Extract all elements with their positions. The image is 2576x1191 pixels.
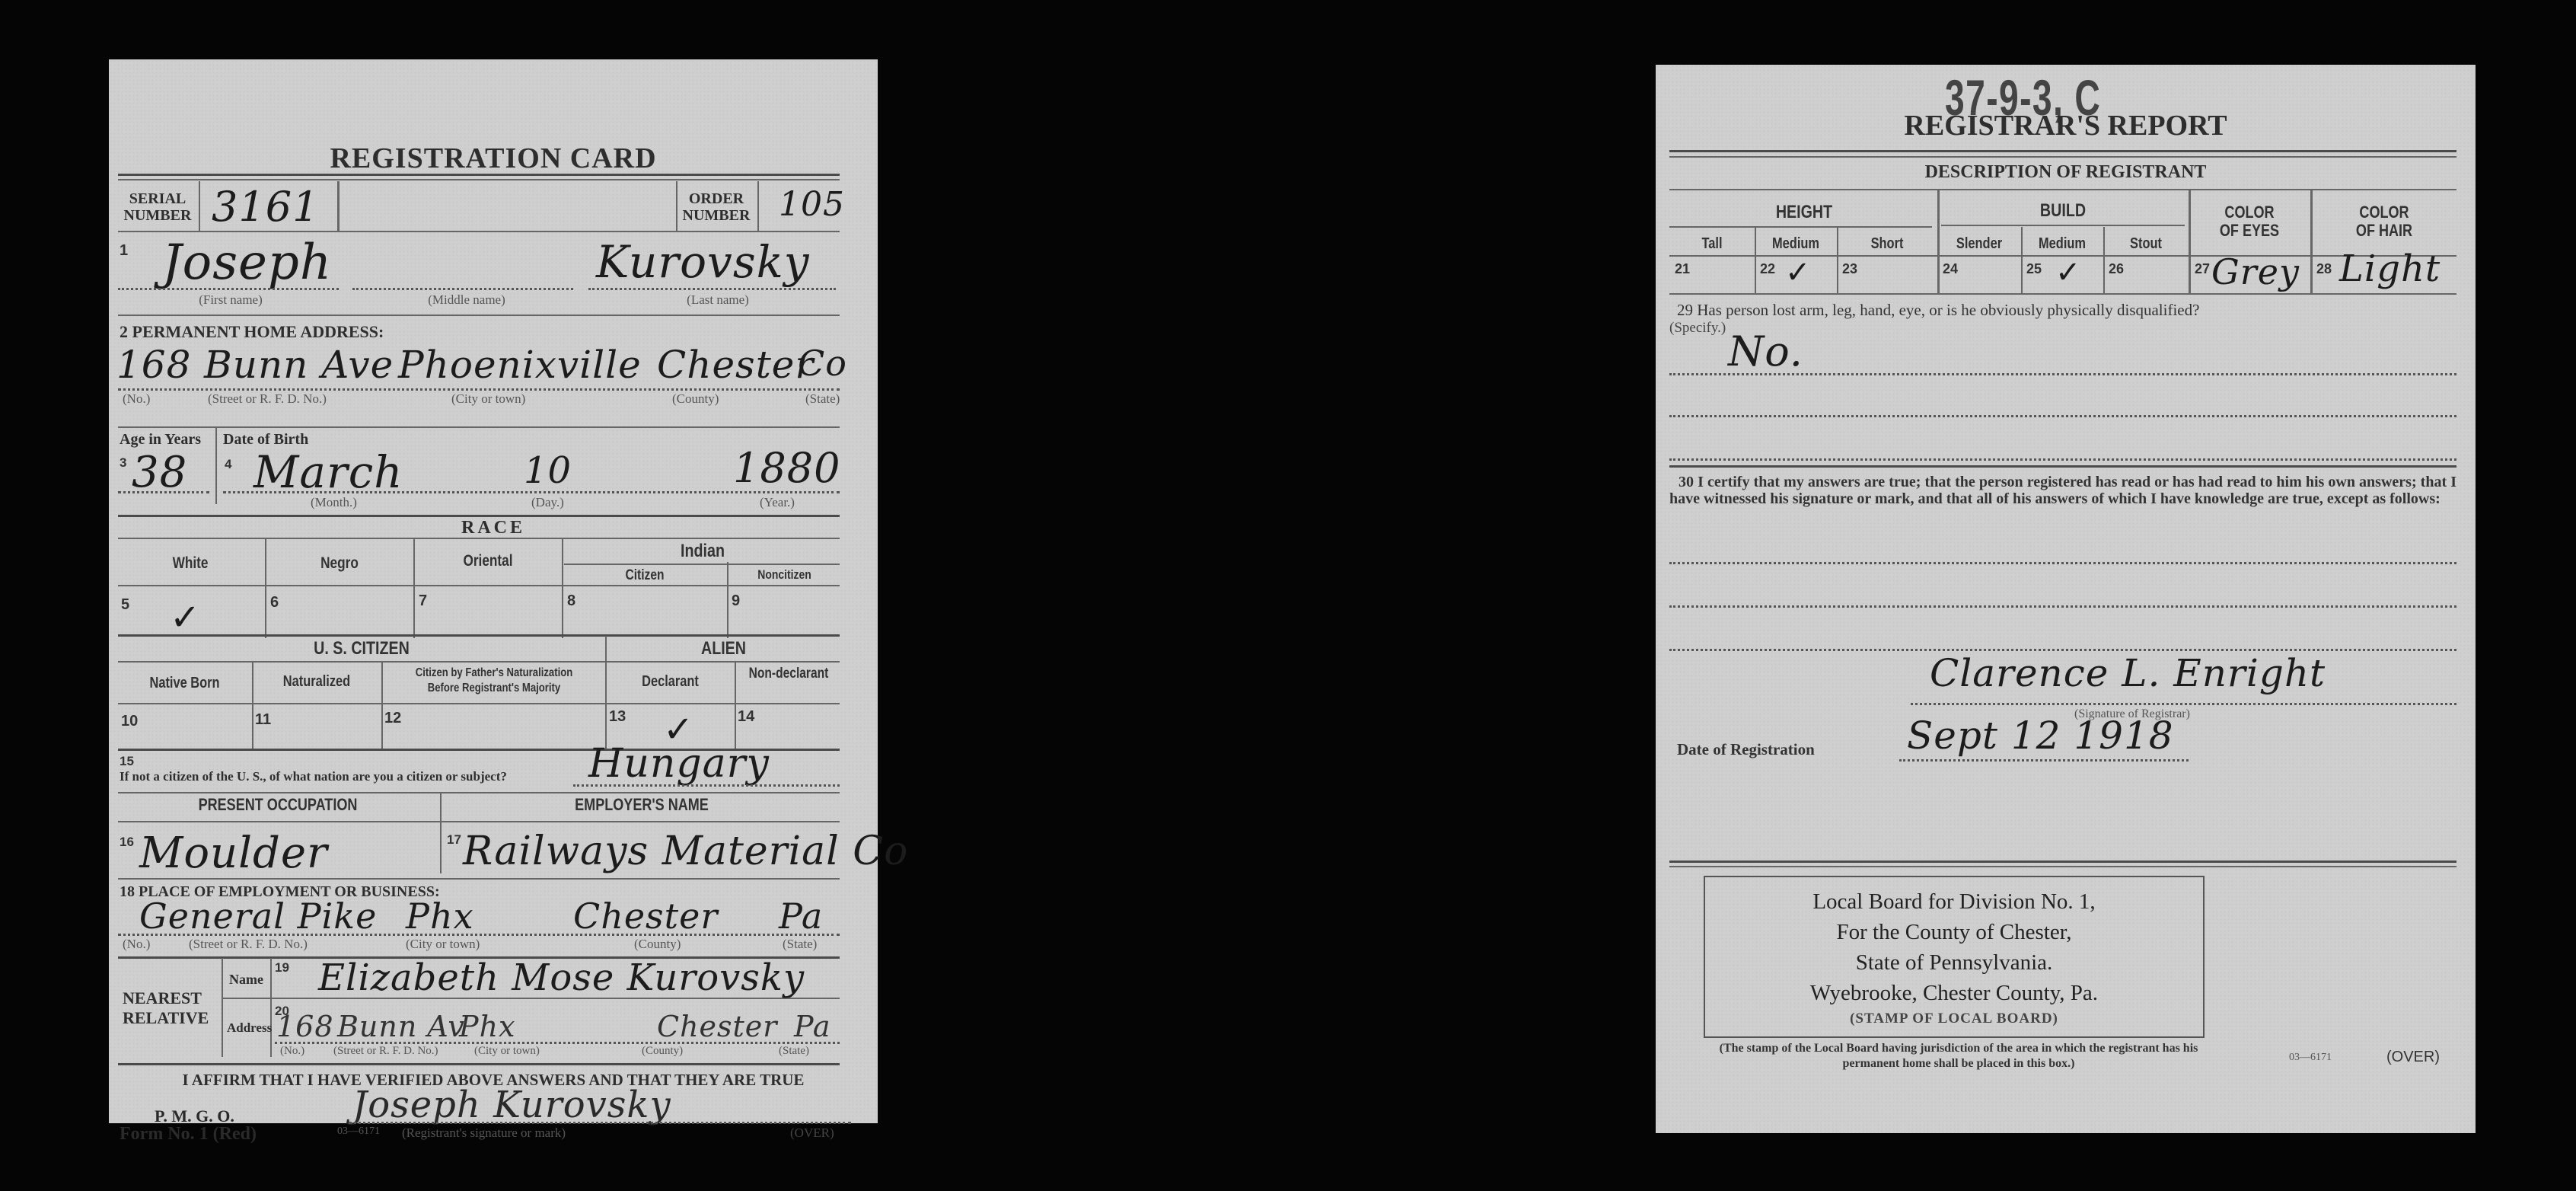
divider bbox=[1941, 225, 2185, 226]
home-address-label: 2 PERMANENT HOME ADDRESS: bbox=[120, 322, 384, 342]
serial-number-label: SERIAL NUMBER bbox=[120, 190, 196, 224]
divider bbox=[118, 585, 840, 586]
divider bbox=[1669, 465, 2456, 468]
caption-no: (No.) bbox=[123, 937, 150, 952]
first-name-caption: (First name) bbox=[155, 292, 307, 308]
eye-heading-line: OF EYES bbox=[2201, 222, 2298, 240]
divider bbox=[118, 634, 840, 637]
caption-city: (City or town) bbox=[406, 937, 480, 952]
local-board-stamp-box: Local Board for Division No. 1, For the … bbox=[1704, 876, 2205, 1038]
height-col-medium: Medium bbox=[1763, 235, 1828, 253]
dotted-line bbox=[1669, 415, 2456, 417]
indian-heading: Indian bbox=[590, 541, 815, 562]
checkmark-height-medium: ✓ bbox=[1785, 255, 1811, 290]
divider bbox=[2103, 227, 2105, 293]
question-number: 6 bbox=[270, 594, 279, 611]
caption-state: (State) bbox=[779, 1045, 809, 1058]
home-address-city: Phoenixville bbox=[398, 343, 642, 387]
divider bbox=[337, 181, 340, 231]
height-col-tall: Tall bbox=[1679, 235, 1746, 253]
race-col-indian-citizen: Citizen bbox=[579, 567, 711, 584]
dotted-line bbox=[1669, 373, 2456, 375]
divider bbox=[118, 703, 840, 704]
question-number: 9 bbox=[732, 592, 740, 610]
caption-state: (State) bbox=[783, 937, 817, 952]
registration-card-front: REGISTRATION CARD SERIAL NUMBER 3161 ORD… bbox=[109, 59, 878, 1123]
caption-no: (No.) bbox=[280, 1045, 304, 1058]
question-number: 22 bbox=[1760, 261, 1775, 277]
race-col-indian-noncitizen: Noncitizen bbox=[739, 567, 830, 583]
divider bbox=[199, 181, 200, 231]
divider bbox=[1937, 190, 1940, 293]
employment-state: Pa bbox=[779, 896, 823, 937]
stamp-line: State of Pennsylvania. bbox=[1705, 947, 2203, 978]
registrar-report-title: REGISTRAR'S REPORT bbox=[1656, 109, 2476, 142]
build-heading: BUILD bbox=[1961, 200, 2164, 222]
home-address-street: Bunn Ave bbox=[204, 343, 394, 387]
serial-number-value: 3161 bbox=[212, 183, 319, 231]
disqualification-question: 29 Has person lost arm, leg, hand, eye, … bbox=[1677, 301, 2199, 320]
order-number-value: 105 bbox=[779, 185, 845, 224]
dob-month: March bbox=[253, 446, 403, 498]
dotted-line bbox=[1911, 703, 2456, 705]
last-name-caption: (Last name) bbox=[642, 292, 794, 308]
race-col-white: White bbox=[131, 554, 250, 573]
divider bbox=[727, 562, 728, 638]
divider bbox=[413, 539, 415, 638]
registration-date-value: Sept 12 1918 bbox=[1907, 714, 2174, 758]
question-number: 7 bbox=[419, 592, 427, 610]
eye-color-heading: COLOR OF EYES bbox=[2201, 203, 2298, 240]
divider bbox=[118, 426, 840, 428]
divider bbox=[118, 315, 840, 316]
dotted-line bbox=[588, 288, 836, 290]
divider bbox=[265, 539, 266, 638]
relative-address-label: Address bbox=[227, 1020, 272, 1036]
dotted-line bbox=[118, 388, 840, 391]
registration-card-back: 37-9-3, C REGISTRAR'S REPORT DESCRIPTION… bbox=[1656, 65, 2476, 1133]
divider bbox=[118, 179, 840, 180]
stamp-line: For the County of Chester, bbox=[1705, 917, 2203, 947]
divider bbox=[1669, 293, 2456, 295]
divider bbox=[562, 539, 563, 638]
divider bbox=[118, 878, 840, 880]
hair-heading-line: COLOR bbox=[2325, 203, 2444, 222]
registration-date-label: Date of Registration bbox=[1677, 740, 1815, 759]
nearest-relative-line: RELATIVE bbox=[123, 1008, 209, 1028]
order-label-line: NUMBER bbox=[678, 207, 754, 224]
divider bbox=[118, 821, 840, 822]
print-code: 03—6171 bbox=[2289, 1052, 2332, 1064]
question-number: 1 bbox=[120, 242, 128, 260]
divider bbox=[735, 663, 736, 750]
question-number: 4 bbox=[225, 457, 231, 472]
height-col-short: Short bbox=[1848, 235, 1927, 253]
caption-county: (County) bbox=[642, 1045, 683, 1058]
divider bbox=[118, 515, 840, 517]
last-name-value: Kurovsky bbox=[596, 236, 810, 288]
divider bbox=[757, 181, 759, 231]
dotted-line bbox=[118, 491, 209, 493]
divider bbox=[118, 792, 840, 793]
caption-county: (County) bbox=[634, 937, 681, 952]
divider bbox=[1669, 150, 2456, 152]
dob-day: 10 bbox=[524, 449, 572, 492]
signature-caption: (Registrant's signature or mark) bbox=[402, 1126, 566, 1141]
citizen-col-naturalized: Naturalized bbox=[265, 673, 368, 691]
nearest-relative-line: NEAREST bbox=[123, 988, 209, 1008]
caption-city: (City or town) bbox=[474, 1045, 540, 1058]
question-number: 3 bbox=[120, 455, 126, 471]
divider bbox=[1669, 156, 2456, 158]
divider bbox=[118, 231, 840, 232]
hair-color-heading: COLOR OF HAIR bbox=[2325, 203, 2444, 240]
dotted-line bbox=[352, 288, 573, 290]
question-number: 8 bbox=[567, 592, 575, 610]
height-heading: HEIGHT bbox=[1695, 202, 1914, 223]
divider bbox=[1837, 227, 1838, 293]
question-number: 16 bbox=[120, 835, 134, 850]
question-number: 24 bbox=[1943, 261, 1958, 277]
middle-name-caption: (Middle name) bbox=[383, 292, 550, 308]
question-number: 21 bbox=[1675, 261, 1690, 277]
checkmark-white: ✓ bbox=[170, 596, 200, 639]
divider bbox=[2021, 227, 2023, 293]
stamp-footnote: (The stamp of the Local Board having jur… bbox=[1700, 1041, 2217, 1071]
card-title: REGISTRATION CARD bbox=[109, 142, 878, 175]
stamp-line: Local Board for Division No. 1, bbox=[1705, 886, 2203, 917]
alien-col-declarant: Declarant bbox=[619, 673, 722, 691]
question-number: 15 bbox=[120, 754, 134, 769]
build-col-slender: Slender bbox=[1946, 235, 2013, 253]
relative-address-no: 168 bbox=[276, 1010, 334, 1043]
description-heading: DESCRIPTION OF REGISTRANT bbox=[1656, 162, 2476, 183]
registrant-signature: Joseph Kurovsky bbox=[352, 1084, 671, 1126]
occupation-value: Moulder bbox=[139, 829, 328, 878]
caption-state: (State) bbox=[805, 391, 840, 407]
divider bbox=[2189, 190, 2191, 293]
divider bbox=[2310, 190, 2313, 293]
divider bbox=[118, 538, 840, 539]
divider bbox=[440, 793, 442, 873]
over-label: (OVER) bbox=[790, 1126, 834, 1141]
employment-street: General Pike bbox=[139, 896, 377, 937]
home-address-state: Co bbox=[798, 343, 847, 384]
dotted-line bbox=[223, 491, 840, 493]
nationality-value: Hungary bbox=[588, 741, 770, 787]
caption-month: (Month.) bbox=[311, 495, 357, 510]
divider bbox=[605, 636, 607, 750]
dotted-line bbox=[1669, 458, 2456, 461]
eye-heading-line: COLOR bbox=[2201, 203, 2298, 222]
divider bbox=[1755, 227, 1756, 293]
specify-label: (Specify.) bbox=[1669, 320, 1726, 337]
caption-no: (No.) bbox=[123, 391, 150, 407]
question-number: 10 bbox=[121, 713, 138, 730]
divider bbox=[564, 564, 840, 565]
caption-city: (City or town) bbox=[451, 391, 525, 407]
question-number: 12 bbox=[384, 710, 401, 727]
caption-county: (County) bbox=[672, 391, 719, 407]
order-number-label: ORDER NUMBER bbox=[678, 190, 754, 224]
age-value: 38 bbox=[132, 448, 187, 497]
divider bbox=[118, 174, 840, 176]
hair-heading-line: OF HAIR bbox=[2325, 222, 2444, 240]
divider bbox=[1669, 189, 2456, 190]
divider bbox=[381, 663, 383, 750]
relative-name-label: Name bbox=[229, 972, 263, 988]
race-col-negro: Negro bbox=[280, 554, 399, 573]
relative-address-city: Phx bbox=[459, 1010, 515, 1043]
question-number: 19 bbox=[275, 960, 289, 975]
divider bbox=[222, 958, 223, 1057]
caption-street: (Street or R. F. D. No.) bbox=[208, 391, 327, 407]
form-number: Form No. 1 (Red) bbox=[120, 1124, 257, 1145]
employer-value: Railways Material Co bbox=[463, 829, 908, 874]
print-code: 03—6171 bbox=[337, 1126, 380, 1138]
divider bbox=[252, 663, 253, 750]
serial-label-line: SERIAL bbox=[120, 190, 196, 207]
build-col-medium: Medium bbox=[2029, 235, 2094, 253]
question-number: 23 bbox=[1842, 261, 1857, 277]
relative-address-street: Bunn Av bbox=[337, 1010, 465, 1043]
dob-year: 1880 bbox=[733, 444, 840, 492]
disqualification-answer: No. bbox=[1728, 327, 1803, 375]
citizen-col-native-born: Native Born bbox=[130, 675, 240, 692]
eye-color-value: Grey bbox=[2211, 251, 2300, 292]
occupation-heading: PRESENT OCCUPATION bbox=[147, 795, 409, 815]
employment-county: Chester bbox=[573, 896, 718, 937]
divider bbox=[118, 1063, 840, 1065]
question-number: 5 bbox=[121, 596, 129, 614]
age-label: Age in Years bbox=[120, 431, 201, 449]
caption-year: (Year.) bbox=[760, 495, 795, 510]
race-heading: RACE bbox=[109, 518, 878, 538]
first-name-value: Joseph bbox=[162, 235, 332, 291]
question-number: 13 bbox=[609, 708, 626, 726]
home-address-county: Chester bbox=[657, 343, 814, 387]
employment-city: Phx bbox=[406, 896, 474, 937]
race-col-oriental: Oriental bbox=[429, 552, 547, 570]
citizen-col-fathers-naturalization: Citizen by Father's Naturalization Befor… bbox=[404, 666, 584, 696]
divider bbox=[1669, 866, 2456, 867]
question-number: 11 bbox=[255, 711, 271, 729]
divider bbox=[676, 181, 677, 231]
dotted-line bbox=[349, 1122, 851, 1124]
caption-street: (Street or R. F. D. No.) bbox=[333, 1045, 438, 1058]
registrar-signature: Clarence L. Enright bbox=[1930, 651, 2326, 695]
order-label-line: ORDER bbox=[678, 190, 754, 207]
hair-color-value: Light bbox=[2339, 247, 2441, 290]
build-col-stout: Stout bbox=[2112, 235, 2180, 253]
stamp-text: Local Board for Division No. 1, For the … bbox=[1705, 886, 2203, 1008]
divider bbox=[1669, 861, 2456, 863]
relative-address-county: Chester bbox=[657, 1010, 777, 1043]
stamp-caption: (STAMP OF LOCAL BOARD) bbox=[1705, 1011, 2203, 1027]
question-number: 25 bbox=[2026, 261, 2042, 277]
nearest-relative-label: NEAREST RELATIVE bbox=[123, 988, 209, 1028]
divider bbox=[1669, 226, 1932, 228]
alien-heading: ALIEN bbox=[628, 638, 818, 659]
dotted-line bbox=[118, 288, 339, 290]
stamp-line: Wyebrooke, Chester County, Pa. bbox=[1705, 978, 2203, 1008]
caption-street: (Street or R. F. D. No.) bbox=[189, 937, 308, 952]
relative-address-state: Pa bbox=[794, 1010, 831, 1043]
relative-name-value: Elizabeth Mose Kurovsky bbox=[318, 956, 805, 999]
dotted-line bbox=[1669, 605, 2456, 608]
question-number: 17 bbox=[447, 832, 461, 848]
nationality-question: If not a citizen of the U. S., of what n… bbox=[120, 769, 507, 784]
serial-label-line: NUMBER bbox=[120, 207, 196, 224]
us-citizen-heading: U. S. CITIZEN bbox=[162, 638, 562, 659]
registrar-certification: 30 I certify that my answers are true; t… bbox=[1669, 474, 2456, 507]
over-label: (OVER) bbox=[2386, 1049, 2440, 1066]
question-number: 14 bbox=[738, 708, 754, 726]
question-number: 26 bbox=[2109, 261, 2124, 277]
checkmark-build-medium: ✓ bbox=[2055, 255, 2081, 290]
dotted-line bbox=[118, 934, 840, 936]
divider bbox=[270, 958, 272, 1057]
dotted-line bbox=[573, 784, 840, 787]
dotted-line bbox=[275, 1042, 840, 1044]
employer-heading: EMPLOYER'S NAME bbox=[480, 795, 804, 815]
divider bbox=[118, 661, 840, 663]
caption-day: (Day.) bbox=[531, 495, 564, 510]
dotted-line bbox=[1899, 759, 2189, 762]
question-number: 27 bbox=[2195, 261, 2210, 277]
divider bbox=[215, 428, 217, 504]
alien-col-nondeclarant: Non-declarant bbox=[747, 666, 831, 682]
dotted-line bbox=[1669, 562, 2456, 564]
question-number: 28 bbox=[2316, 261, 2332, 277]
home-address-no: 168 bbox=[116, 343, 191, 387]
